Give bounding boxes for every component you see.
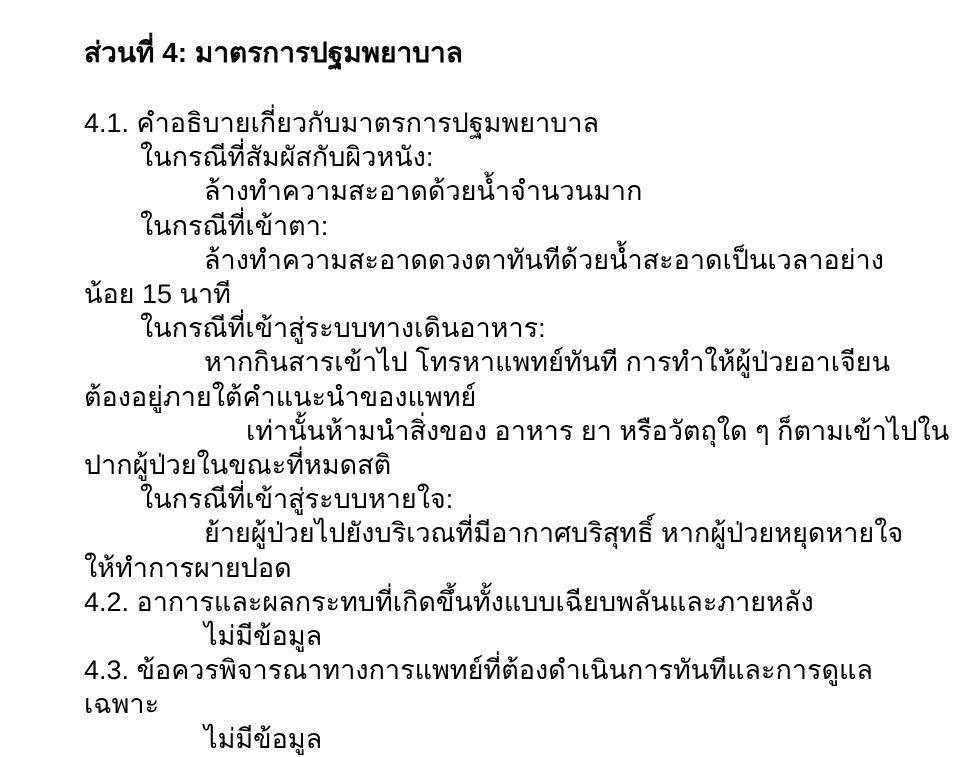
- document-page: ส่วนที่ 4: มาตรการปฐมพยาบาล 4.1. คำอธิบา…: [0, 0, 960, 757]
- blank-line: [84, 70, 924, 106]
- text-line-eye-contact-instruction: ล้างทำความสะอาดดวงตาทันทีด้วยน้ำสะอาดเป็…: [84, 243, 924, 277]
- text-line-skin-contact-label: ในกรณีที่สัมผัสกับผิวหนัง:: [84, 140, 924, 174]
- text-line-skin-contact-instruction: ล้างทำความสะอาดด้วยน้ำจำนวนมาก: [84, 174, 924, 208]
- text-line-ingestion-instruction-cont: ต้องอยู่ภายใต้คำแนะนำของแพทย์: [84, 380, 924, 414]
- text-line-eye-contact-label: ในกรณีที่เข้าตา:: [84, 209, 924, 243]
- text-line-ingestion-warning: เท่านั้นห้ามนำสิ่งของ อาหาร ยา หรือวัตถุ…: [84, 414, 924, 448]
- text-line-subsection-4-2: 4.2. อาการและผลกระทบที่เกิดขึ้นทั้งแบบเฉ…: [84, 585, 924, 619]
- section-body: 4.1. คำอธิบายเกี่ยวกับมาตรการปฐมพยาบาล ใ…: [84, 106, 924, 756]
- text-line-ingestion-instruction: หากกินสารเข้าไป โทรหาแพทย์ทันที การทำให้…: [84, 345, 924, 379]
- text-line-inhalation-label: ในกรณีที่เข้าสู่ระบบหายใจ:: [84, 482, 924, 516]
- text-line-eye-contact-instruction-cont: น้อย 15 นาที: [84, 277, 924, 311]
- text-line-subsection-4-1: 4.1. คำอธิบายเกี่ยวกับมาตรการปฐมพยาบาล: [84, 106, 924, 140]
- section-heading: ส่วนที่ 4: มาตรการปฐมพยาบาล: [84, 36, 924, 70]
- text-line-inhalation-instruction-cont: ให้ทำการผายปอด: [84, 551, 924, 585]
- text-line-subsection-4-3: 4.3. ข้อควรพิจารณาทางการแพทย์ที่ต้องดำเน…: [84, 653, 924, 687]
- text-line-no-data-4-2: ไม่มีข้อมูล: [84, 619, 924, 653]
- text-line-subsection-4-3-cont: เฉพาะ: [84, 687, 924, 721]
- text-line-no-data-4-3: ไม่มีข้อมูล: [84, 722, 924, 756]
- text-line-inhalation-instruction: ย้ายผู้ป่วยไปยังบริเวณที่มีอากาศบริสุทธิ…: [84, 516, 924, 550]
- text-line-ingestion-label: ในกรณีที่เข้าสู่ระบบทางเดินอาหาร:: [84, 311, 924, 345]
- text-line-ingestion-warning-cont: ปากผู้ป่วยในขณะที่หมดสติ: [84, 448, 924, 482]
- document-content: ส่วนที่ 4: มาตรการปฐมพยาบาล 4.1. คำอธิบา…: [0, 0, 960, 756]
